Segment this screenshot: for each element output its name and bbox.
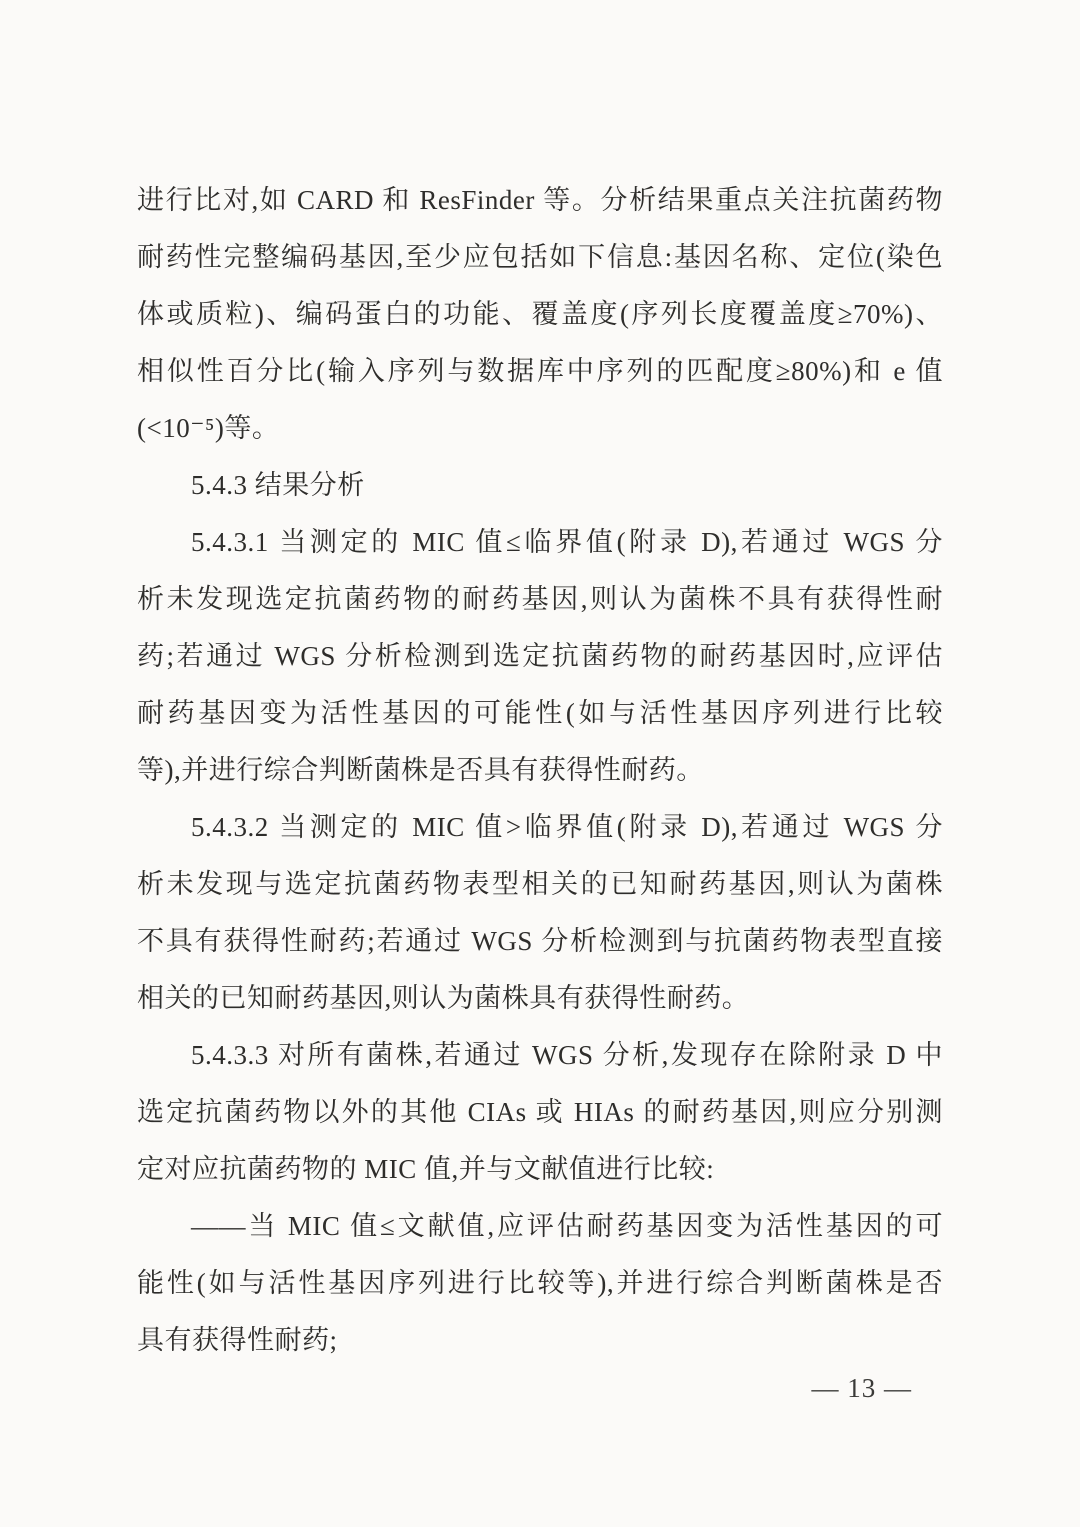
text-line: 体或质粒)、编码蛋白的功能、覆盖度(序列长度覆盖度≥70%)、 bbox=[137, 286, 943, 343]
text-line: 相关的已知耐药基因,则认为菌株具有获得性耐药。 bbox=[137, 970, 943, 1027]
text-line: (<10⁻⁵)等。 bbox=[137, 400, 943, 457]
text-line: 药;若通过 WGS 分析检测到选定抗菌药物的耐药基因时,应评估 bbox=[137, 628, 943, 685]
text-line: 能性(如与活性基因序列进行比较等),并进行综合判断菌株是否 bbox=[137, 1255, 943, 1312]
text-line: ——当 MIC 值≤文献值,应评估耐药基因变为活性基因的可 bbox=[137, 1198, 943, 1255]
text-line: 5.4.3.3 对所有菌株,若通过 WGS 分析,发现存在除附录 D 中 bbox=[137, 1027, 943, 1084]
document-body: 进行比对,如 CARD 和 ResFinder 等。分析结果重点关注抗菌药物耐药… bbox=[137, 172, 943, 1369]
page-number: — 13 — bbox=[812, 1373, 913, 1403]
text-line: 5.4.3.1 当测定的 MIC 值≤临界值(附录 D),若通过 WGS 分 bbox=[137, 514, 943, 571]
text-line: 析未发现与选定抗菌药物表型相关的已知耐药基因,则认为菌株 bbox=[137, 856, 943, 913]
text-line: 析未发现选定抗菌药物的耐药基因,则认为菌株不具有获得性耐 bbox=[137, 571, 943, 628]
text-line: 进行比对,如 CARD 和 ResFinder 等。分析结果重点关注抗菌药物 bbox=[137, 172, 943, 229]
text-line: 不具有获得性耐药;若通过 WGS 分析检测到与抗菌药物表型直接 bbox=[137, 913, 943, 970]
text-line: 相似性百分比(输入序列与数据库中序列的匹配度≥80%)和 e 值 bbox=[137, 343, 943, 400]
text-line: 耐药基因变为活性基因的可能性(如与活性基因序列进行比较 bbox=[137, 685, 943, 742]
text-line: 具有获得性耐药; bbox=[137, 1312, 943, 1369]
page-footer: — 13 — bbox=[812, 1368, 913, 1408]
text-line: 等),并进行综合判断菌株是否具有获得性耐药。 bbox=[137, 742, 943, 799]
text-line: 定对应抗菌药物的 MIC 值,并与文献值进行比较: bbox=[137, 1141, 943, 1198]
text-line: 耐药性完整编码基因,至少应包括如下信息:基因名称、定位(染色 bbox=[137, 229, 943, 286]
text-line: 5.4.3.2 当测定的 MIC 值>临界值(附录 D),若通过 WGS 分 bbox=[137, 799, 943, 856]
document-page: 进行比对,如 CARD 和 ResFinder 等。分析结果重点关注抗菌药物耐药… bbox=[0, 0, 1080, 1527]
text-line: 5.4.3 结果分析 bbox=[137, 457, 943, 514]
text-line: 选定抗菌药物以外的其他 CIAs 或 HIAs 的耐药基因,则应分别测 bbox=[137, 1084, 943, 1141]
